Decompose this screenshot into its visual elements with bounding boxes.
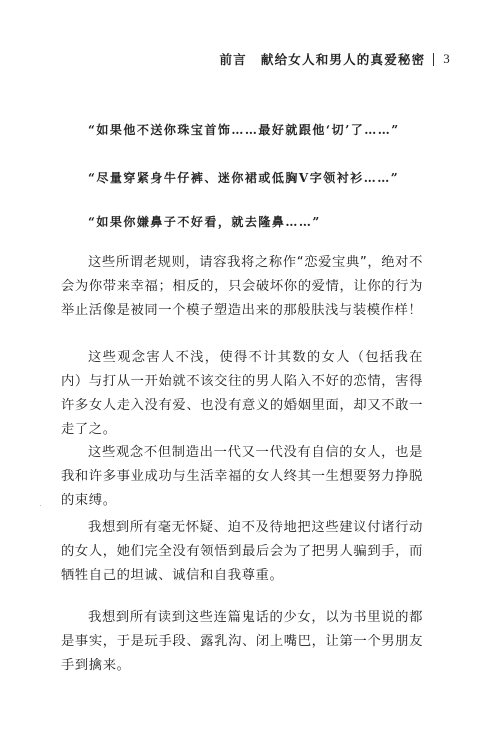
running-header: 前言 献给女人和男人的真爱秘密 3 <box>219 50 451 68</box>
quote-2: “尽量穿紧身牛仔裤、迷你裙或低胸V字领衬衫……” <box>88 169 399 186</box>
quote-1: “如果他不送你珠宝首饰……最好就跟他‘切’了……” <box>88 121 400 138</box>
quote-3: “如果你嫌鼻子不好看，就去隆鼻……” <box>88 213 321 230</box>
page-number: 3 <box>443 51 451 67</box>
paragraph-2: 这些观念害人不浅，使得不计其数的女人（包括我在内）与打从一开始就不该交往的男人陷… <box>61 346 423 442</box>
paragraph-3: 这些观念不但制造出一代又一代没有自信的女人，也是我和许多事业成功与生活幸福的女人… <box>61 441 423 513</box>
header-chapter-title: 献给女人和男人的真爱秘密 <box>261 50 425 68</box>
paragraph-5: 我想到所有读到这些连篇鬼话的少女，以为书里说的都是事实，于是玩手段、露乳沟、闭上… <box>61 606 423 678</box>
paragraph-4: 我想到所有毫无怀疑、迫不及待地把这些建议付诸行动的女人，她们完全没有领悟到最后会… <box>61 516 423 588</box>
scan-speck <box>40 505 41 506</box>
paragraph-1: 这些所谓老规则，请容我将之称作“恋爱宝典”，绝对不会为你带来幸福；相反的，只会破… <box>61 251 423 323</box>
header-section-label: 前言 <box>219 50 246 68</box>
header-separator <box>433 53 434 66</box>
